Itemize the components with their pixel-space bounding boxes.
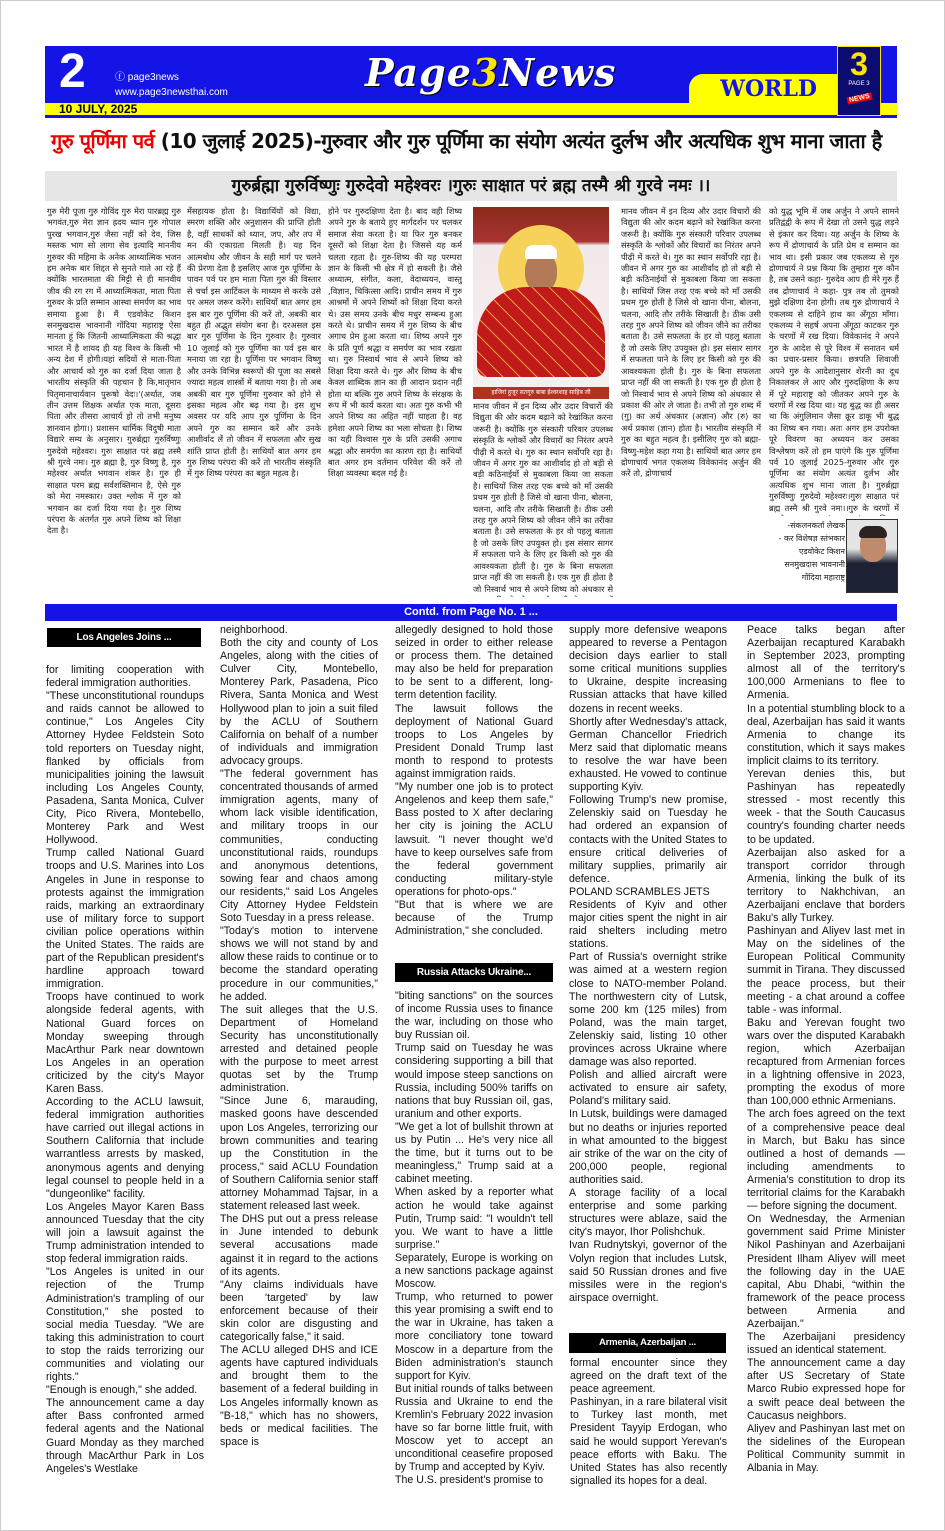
story-column-2: neighborhood. Both the city and county o… <box>220 624 378 1524</box>
continued-from-page-1-bar: Contd. from Page No. 1 ... <box>45 604 897 621</box>
hindi-column-5: को युद्ध भूमि में जब अर्जुन ने अपने सामन… <box>769 206 899 516</box>
hindi-column-4a: मानव जीवन में इन दिव्य और उदार विचारों क… <box>473 401 613 597</box>
hindi-column-2: मेंसहायक होता है। विद्यार्थियों को विद्य… <box>187 206 321 598</box>
story-column-5: Peace talks began after Azerbaijan recap… <box>747 624 905 1524</box>
kicker-russia-attacks-ukraine: Russia Attacks Ukraine... <box>395 963 553 982</box>
guru-photo: हाजिरां हुजूर सतगुरु बाबा ईश्वरशाह साहिब… <box>473 207 609 399</box>
hindi-column-1: गुरु मेरी पूजा गुरु गोविंद गुरु मेरा पार… <box>47 206 181 598</box>
page-number: 2 <box>59 48 86 96</box>
photo-cap <box>525 245 557 259</box>
author-credit: -संकलनकर्ता लेखक - कर विशेषज्ञ स्तंभकार … <box>769 519 845 601</box>
hindi-column-4b: मानव जीवन में इन दिव्य और उदार विचारों क… <box>621 206 761 598</box>
facebook-link[interactable]: ⓕ page3news <box>115 70 228 85</box>
website-link[interactable]: www.page3newsthai.com <box>115 85 228 100</box>
story-column-4b: formal encounter since they agreed on th… <box>570 1357 727 1527</box>
shloka-subheading: गुरुर्ब्रह्मा गुरुर्विष्णुः गुरुदेवो महे… <box>45 171 897 201</box>
story-column-1: for limiting cooperation with federal im… <box>46 664 204 1524</box>
photo-shawl <box>477 287 605 377</box>
issue-date: 10 JULY, 2025 <box>59 102 137 116</box>
hindi-column-3: होने पर गुरुदक्षिणा देता है। बाद वही शिष… <box>328 206 462 598</box>
facebook-icon: ⓕ <box>115 72 128 83</box>
photo-caption: हाजिरां हुजूर सतगुरु बाबा ईश्वरशाह साहिब… <box>473 387 609 399</box>
story-column-3b: "biting sanctions" on the sources of inc… <box>395 990 553 1524</box>
masthead: 2 ⓕ page3news www.page3newsthai.com 10 J… <box>45 46 897 118</box>
author-hair <box>859 526 887 538</box>
kicker-armenia-azerbaijan: Armenia, Azerbaijan ... <box>569 1333 726 1353</box>
story-column-3a: allegedly designed to hold those seized … <box>395 624 553 956</box>
kicker-los-angeles: Los Angeles Joins ... <box>47 628 201 647</box>
author-photo <box>846 519 898 593</box>
story-column-4a: supply more defensive weapons appeared t… <box>569 624 727 1329</box>
page3-badge-logo: 3 PAGE 3 NEWS <box>837 46 881 116</box>
social-links: ⓕ page3news www.page3newsthai.com <box>115 70 228 100</box>
hindi-article-headline: गुरु पूर्णिमा पर्व (10 जुलाई 2025)-गुरुव… <box>51 127 901 154</box>
section-label: WORLD <box>720 76 817 102</box>
newspaper-logo[interactable]: Page3News <box>365 50 616 95</box>
